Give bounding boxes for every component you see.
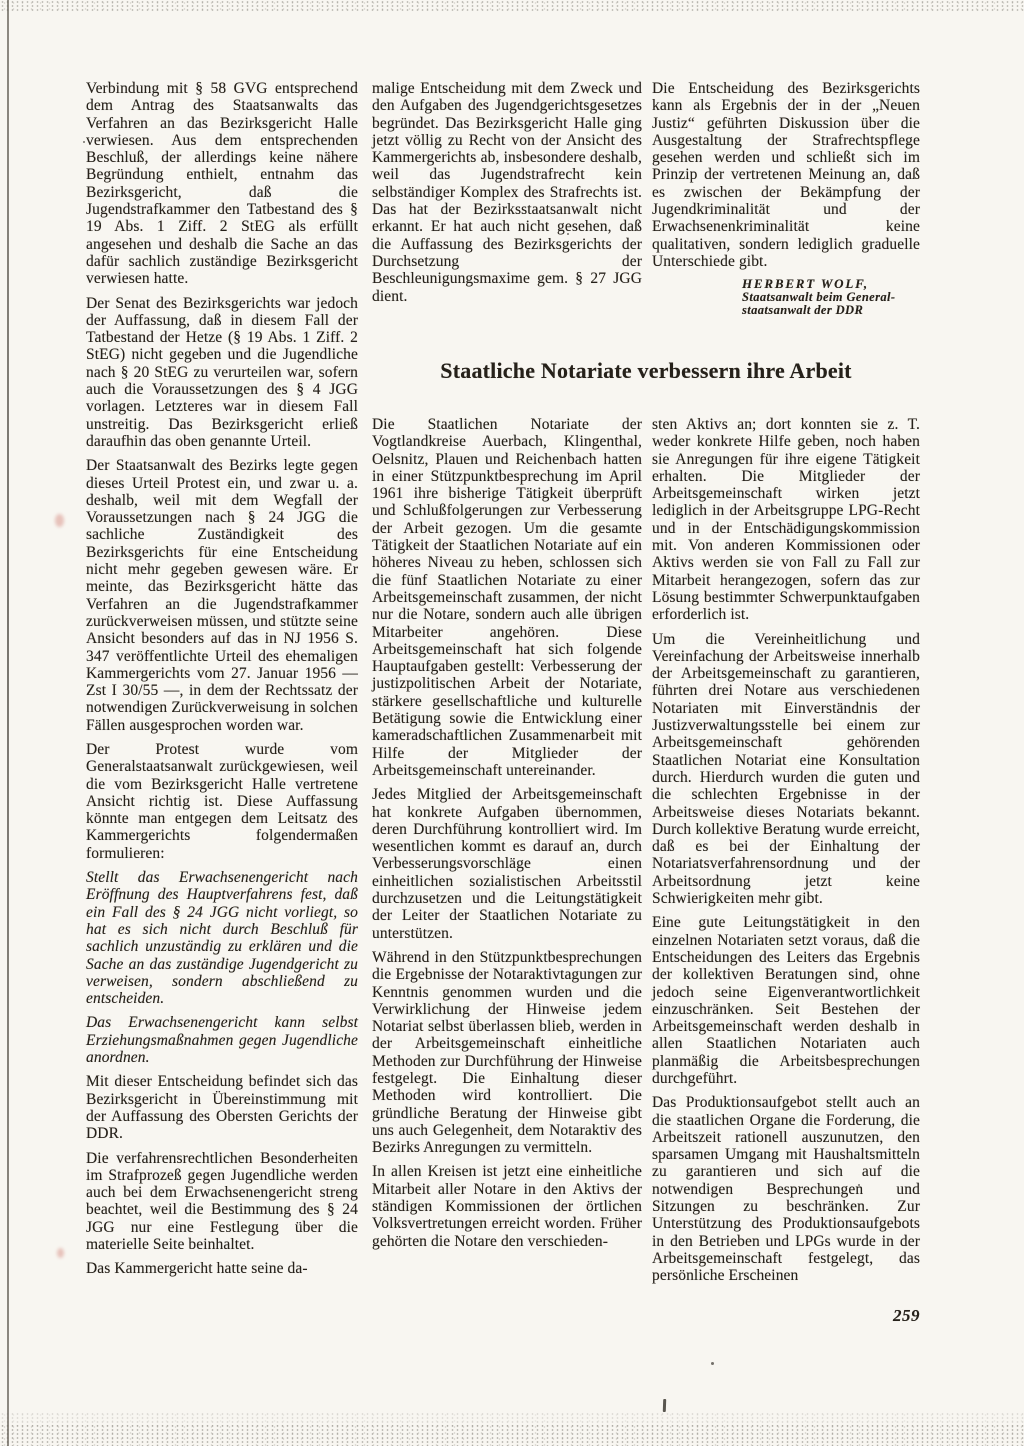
paragraph: Die verfahrensrechtlichen Besonderheiten… [86, 1150, 358, 1254]
paragraph: Das Produktionsaufgebot stellt auch an d… [652, 1094, 920, 1284]
ink-speck [711, 1362, 714, 1365]
author-name: HERBERT WOLF, [742, 277, 920, 291]
paragraph: Jedes Mitglied der Arbeitsgemeinschaft h… [372, 786, 642, 942]
paragraph: Die Entscheidung des Bezirksgerichts kan… [652, 80, 920, 270]
article2-column-2: sten Aktivs an; dort konnten sie z. T. w… [652, 416, 920, 1292]
paragraph: Der Staatsanwalt des Bezirks legte gegen… [86, 457, 358, 734]
paragraph: In allen Kreisen ist jetzt eine einheitl… [372, 1163, 642, 1249]
bottom-margin-tick-mark [663, 1399, 666, 1412]
red-margin-smudge [55, 514, 64, 527]
author-signature: HERBERT WOLF, Staatsanwalt beim General-… [742, 277, 920, 318]
paragraph: Der Senat des Bezirksgerichts war jedoch… [86, 295, 358, 451]
article2-title: Staatliche Notariate verbessern ihre Arb… [372, 358, 920, 384]
article1-column-2: malige Entscheidung mit dem Zweck und de… [372, 80, 642, 312]
scan-noise-top-edge [0, 0, 1024, 13]
page-number: 259 [850, 1306, 920, 1326]
author-role-line: staatsanwalt der DDR [742, 304, 920, 318]
paragraph: Die Staatlichen Notariate der Vogtlandkr… [372, 416, 642, 779]
paragraph: Verbindung mit § 58 GVG entsprechend dem… [86, 80, 358, 288]
article1-column-3: Die Entscheidung des Bezirksgerichts kan… [652, 80, 920, 318]
article1-column-1: Verbindung mit § 58 GVG entsprechend dem… [86, 80, 358, 1285]
paragraph: Während in den Stützpunktbesprechungen d… [372, 949, 642, 1157]
red-margin-smudge [57, 1248, 64, 1258]
paragraph: sten Aktivs an; dort konnten sie z. T. w… [652, 416, 920, 624]
page-left-edge-line [7, 0, 9, 1446]
article2-column-1: Die Staatlichen Notariate der Vogtlandkr… [372, 416, 642, 1257]
paragraph: Der Protest wurde vom Generalstaatsanwal… [86, 741, 358, 862]
guiding-principle-paragraph: Stellt das Erwachsenengericht nach Eröff… [86, 869, 358, 1007]
paragraph: Eine gute Leitungstätigkeit in den einze… [652, 914, 920, 1087]
paragraph: Das Kammergericht hatte seine da- [86, 1260, 358, 1277]
paragraph: Mit dieser Entscheidung befindet sich da… [86, 1073, 358, 1142]
paragraph: Um die Vereinheitlichung und Vereinfachu… [652, 631, 920, 908]
paragraph: malige Entscheidung mit dem Zweck und de… [372, 80, 642, 305]
scan-noise-bottom-fade [0, 1412, 1024, 1426]
scan-noise-bottom-edge [0, 1424, 1024, 1446]
guiding-principle-paragraph: Das Erwachsenengericht kann selbst Erzie… [86, 1014, 358, 1066]
scanned-journal-page: Verbindung mit § 58 GVG entsprechend dem… [0, 0, 1024, 1446]
ink-speck [83, 141, 85, 143]
author-role-line: Staatsanwalt beim General- [742, 291, 920, 305]
